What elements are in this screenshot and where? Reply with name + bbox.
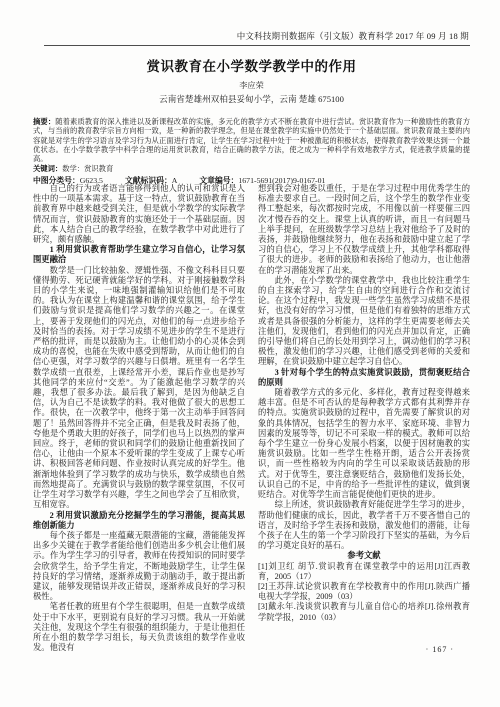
keywords: 关键词：数学：赏识教育 — [33, 164, 470, 174]
paragraph: 每个孩子都是一座蕴藏无限潜能的宝藏，潜能能发挥出多少关键在于教学者能给他们创造出… — [33, 531, 245, 602]
left-column: 自己的行为或者语言能够得到他人的认可和赏识是人性中的一项基本需求。基于这一特点，… — [33, 184, 245, 653]
keywords-label: 关键词： — [33, 164, 62, 173]
paragraph: 自己的行为或者语言能够得到他人的认可和赏识是人性中的一项基本需求。基于这一特点，… — [33, 184, 245, 245]
page-number: · 167 · — [426, 645, 454, 654]
article-title: 赏识教育在小学数学教学中的作用 — [33, 55, 470, 75]
paragraph: 笔者任教的班里有个学生很聪明，但是一直数学成绩处于中下水平，更别说有良好的学习习… — [33, 602, 245, 653]
front-matter: 赏识教育在小学数学教学中的作用 李应荣 云南省楚雄州双柏县妥甸小学，云南 楚雄 … — [33, 55, 470, 186]
keywords-text: 数学：赏识教育 — [62, 164, 113, 173]
author-affiliation: 云南省楚雄州双柏县妥甸小学，云南 楚雄 675100 — [33, 93, 470, 105]
paragraph: 数学是一门比较抽象、逻辑性强、不像文科科目只要懂得勤劳、死记硬背就能学好的学科。… — [33, 266, 245, 511]
reference-item: [3]戴永年.浅谈赏识教育与儿童自信心的培养[J].徐州教育学院学报，2010（… — [258, 602, 470, 622]
journal-header: 中文科技期刊数据库（引文版）教育科学 2017 年 09 月 18 期 — [44, 30, 469, 42]
article-body: 自己的行为或者语言能够得到他人的认可和赏识是人性中的一项基本需求。基于这一特点，… — [33, 184, 470, 653]
abstract-label: 摘要： — [33, 117, 55, 126]
header-divider — [44, 45, 470, 46]
section-heading-1: 1 利用赏识教育帮助学生建立学习自信心，让学习氛围更融洽 — [33, 245, 245, 265]
abstract-text: 随着素质教育的深入推进以及新课程改革的实施，多元化的教学方式不断在教育中进行尝试… — [33, 117, 470, 163]
paragraph: 综上所述，赏识鼓励教育好能促进学生学习的进步，帮助他们健康的成长，因此，教学者千… — [258, 500, 470, 551]
reference-item: [1]刘卫红 胡节.赏识教育在课堂教学中的运用[J]江西教育，2005（17） — [258, 562, 470, 582]
paragraph-continuation: 想到我会对他委以重任，于是在学习过程中用优秀学生的标准去要求自己。一段时间之后，… — [258, 184, 470, 276]
references-title: 参考文献 — [258, 551, 470, 561]
reference-item: [2]王苏萍.试论赏识教育在学校教育中的作用[J].陕西广播电视大学学报，200… — [258, 582, 470, 602]
abstract: 摘要：随着素质教育的深入推进以及新课程改革的实施，多元化的教学方式不断在教育中进… — [33, 117, 470, 163]
section-heading-2: 2 利用赏识激励充分挖掘学生的学习潜能，提高其思维创新能力 — [33, 511, 245, 531]
author-name: 李应荣 — [33, 80, 470, 91]
section-heading-3: 3 针对每个学生的特点实施赏识鼓励，贯彻褒贬结合的原则 — [258, 368, 470, 388]
journal-header-text: 中文科技期刊数据库（引文版）教育科学 2017 年 09 月 18 期 — [237, 31, 469, 41]
paragraph: 随着教学方式的多元化、多样化，教育过程变得越来越丰富。但是不可否认的是每种教学方… — [258, 388, 470, 500]
paragraph: 此外，在小学数学的课堂教学中，我也比较注重学生的自主探索学习，给学生自由的空间进… — [258, 276, 470, 368]
right-column: 想到我会对他委以重任，于是在学习过程中用优秀学生的标准去要求自己。一段时间之后，… — [258, 184, 470, 653]
journal-page: 中文科技期刊数据库（引文版）教育科学 2017 年 09 月 18 期 赏识教育… — [0, 0, 500, 707]
